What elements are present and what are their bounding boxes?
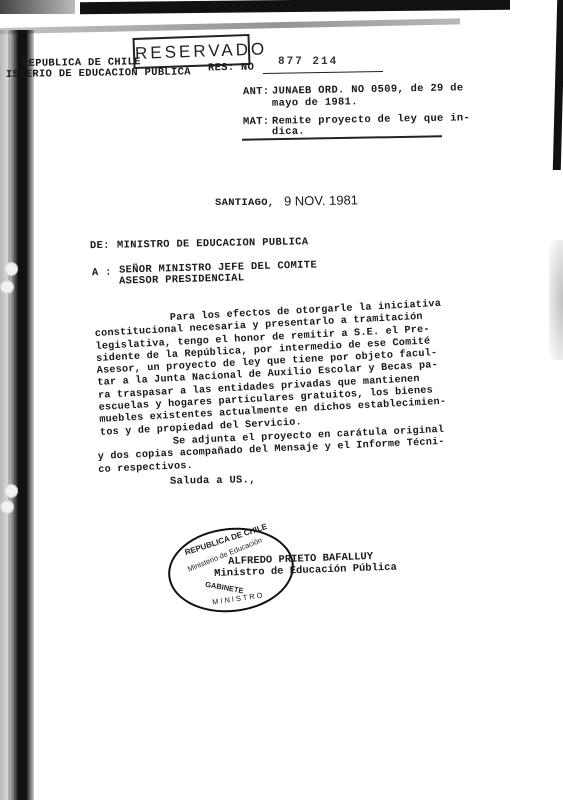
from-value: MINISTRO DE EDUCACION PUBLICA: [117, 236, 309, 251]
scan-fold-line: [0, 18, 460, 34]
ant-line2: mayo de 1981.: [272, 96, 358, 109]
from-label: DE:: [90, 240, 110, 252]
res-label: RES: NO: [208, 62, 254, 75]
date: 9 NOV. 1981: [284, 192, 358, 208]
res-underline: [263, 71, 383, 74]
letterhead-ministry: ISTERIO DE EDUCACION PUBLICA: [6, 66, 191, 81]
punch-hole: [0, 500, 14, 514]
scan-binding-shadow: [8, 30, 34, 800]
closing: Saluda a US.,: [170, 474, 256, 487]
punch-hole: [4, 484, 18, 498]
scan-smudge: [549, 240, 563, 360]
scan-shadow: [553, 0, 563, 170]
scan-shadow: [80, 0, 510, 14]
to-label: A :: [92, 267, 112, 280]
ant-label: ANT:: [243, 86, 270, 98]
punch-hole: [0, 280, 14, 294]
mat-line2: dica.: [272, 126, 305, 139]
to-line2: ASESOR PRESIDENCIAL: [119, 272, 245, 287]
ant-line1: JUNAEB ORD. NO 0509, de 29 de: [272, 82, 464, 97]
place: SANTIAGO,: [215, 197, 274, 209]
punch-hole: [4, 262, 18, 276]
res-number: 877 214: [278, 56, 338, 68]
scan-shadow: [0, 0, 75, 14]
body-paragraph-1: Para los efectos de otorgarle la iniciat…: [94, 299, 447, 440]
mat-label: MAT:: [243, 116, 270, 128]
